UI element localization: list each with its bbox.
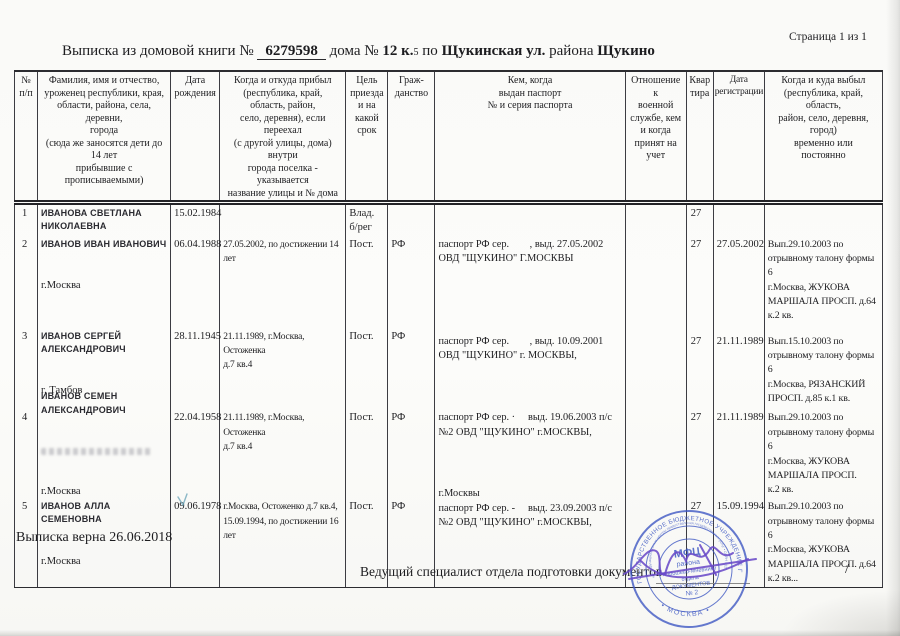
- column-header-num: № п/п: [15, 71, 38, 203]
- slash-mark: /: [845, 562, 849, 578]
- title-doma: дома №: [330, 43, 379, 59]
- column-header-departure: Когда и куда выбыл (республика, край, об…: [764, 71, 882, 203]
- apartment-number: 27: [686, 203, 713, 236]
- birth-date: 15.02.1984: [171, 203, 220, 236]
- birth-date: 06.04.1988: [171, 236, 220, 324]
- table-row: 4 ИВАНОВ СЕМЕН АЛЕКСАНДРОВИЧ г.Москва 22…: [15, 406, 883, 499]
- departure-info: Вып.29.10.2003 по отрывному талону формы…: [764, 406, 882, 499]
- raion-label: района: [549, 43, 593, 59]
- resident-origin: г.Москва: [41, 555, 167, 569]
- column-header-birth: Дата рождения: [171, 71, 220, 203]
- verification-date: Выписка верна 26.06.2018: [16, 530, 172, 546]
- apartment-number: 27: [686, 406, 713, 499]
- military-note: [625, 406, 686, 499]
- arrival-info: г.Москва, Остоженко д.7 кв.4, 15.09.1994…: [220, 499, 346, 587]
- birth-date: 09.06.1978: [171, 499, 220, 587]
- page-title: Выписка из домовой книги № 6279598 дома …: [62, 43, 655, 60]
- scanned-document-page: Страница 1 из 1 Выписка из домовой книги…: [0, 0, 900, 636]
- table-row: 2 ИВАНОВ ИВАН ИВАНОВИЧ г.Москва 06.04.19…: [15, 236, 883, 324]
- resident-name: ИВАНОВ АЛЛА СЕМЕНОВНА: [41, 500, 167, 526]
- departure-info: [764, 203, 882, 236]
- korpus-number: 5: [414, 47, 419, 58]
- registration-date: 27.05.2002: [713, 236, 764, 324]
- passport-info: паспорт РФ сер. , выд. 10.09.2001 ОВД "Щ…: [435, 324, 625, 407]
- arrival-info: 21.11.1989, г.Москва, Остоженка д.7 кв.4: [220, 324, 346, 407]
- resident-origin: г.Москва: [41, 279, 167, 293]
- departure-info: Вып.15.10.2003 по отрывному талону формы…: [764, 324, 882, 407]
- resident-name: ИВАНОВА СВЕТЛАНА НИКОЛАЕВНА: [41, 207, 167, 233]
- row-number: 2: [15, 236, 38, 324]
- citizenship: РФ: [388, 236, 435, 324]
- row-number: 1: [15, 203, 38, 236]
- column-header-name: Фамилия, имя и отчество, уроженец респуб…: [38, 71, 171, 203]
- stamp-icon: ГОСУДАРСТВЕННОЕ БЮДЖЕТНОЕ УЧРЕЖДЕНИЕ ГОР…: [620, 500, 758, 636]
- title-prefix: Выписка из домовой книги №: [62, 43, 254, 59]
- stay-purpose: Пост.: [346, 324, 388, 407]
- house-register-table: № п/п Фамилия, имя и отчество, уроженец …: [14, 70, 883, 588]
- column-header-arrival: Когда и откуда прибыл (республика, край,…: [220, 71, 346, 203]
- citizenship: [388, 203, 435, 236]
- arrival-info: [220, 203, 346, 236]
- row-number: 4: [15, 406, 38, 499]
- column-header-passport: Кем, когда выдан паспорт № и серия паспо…: [435, 71, 625, 203]
- registration-date: 21.11.1989: [713, 324, 764, 407]
- apartment-number: 27: [686, 236, 713, 324]
- military-note: [625, 203, 686, 236]
- passport-info: г.Москвы паспорт РФ сер. - выд. 23.09.20…: [438, 487, 621, 530]
- redacted-text: [41, 448, 153, 455]
- passport-info: паспорт РФ сер. , выд. 27.05.2002 ОВД "Щ…: [435, 236, 625, 324]
- passport-info: паспорт РФ сер. · выд. 19.06.2003 п/с №2…: [435, 406, 625, 499]
- departure-info: Вып.29.10.2003 по отрывному талону формы…: [764, 499, 882, 587]
- stay-purpose: Пост.: [346, 236, 388, 324]
- header-row: № п/п Фамилия, имя и отчество, уроженец …: [15, 71, 883, 203]
- stay-purpose: Влад. б/рег: [346, 203, 388, 236]
- page-indicator: Страница 1 из 1: [789, 31, 867, 43]
- book-number: 6279598: [257, 43, 326, 60]
- citizenship: РФ: [388, 406, 435, 499]
- departure-info: Вып.29.10.2003 по отрывному талону формы…: [764, 236, 882, 324]
- signer-title: Ведущий специалист отдела подготовки док…: [360, 564, 662, 580]
- arrival-info: 27.05.2002, по достижении 14 лет: [220, 236, 346, 324]
- column-header-purpose: Цель приезда и на какой срок: [346, 71, 388, 203]
- stamp-center-number: № 2: [685, 589, 699, 598]
- column-header-apartment: Квар тира: [686, 71, 713, 203]
- citizenship: РФ: [388, 324, 435, 407]
- house-number: 12 к.: [382, 43, 413, 59]
- svg-text:• МОСКВА •: • МОСКВА •: [659, 597, 712, 623]
- birth-date: 28.11.1945: [171, 324, 220, 407]
- official-stamp: ГОСУДАРСТВЕННОЕ БЮДЖЕТНОЕ УЧРЕЖДЕНИЕ ГОР…: [620, 500, 758, 636]
- column-header-military: Отношение к военной службе, кем и когда …: [625, 71, 686, 203]
- raion-name: Щукино: [597, 43, 655, 59]
- resident-name: ИВАНОВ СЕРГЕЙ АЛЕКСАНДРОВИЧ: [41, 330, 167, 356]
- scan-edge-right: [886, 0, 900, 636]
- registration-date: 21.11.1989: [713, 406, 764, 499]
- resident-name: ИВАНОВ ИВАН ИВАНОВИЧ: [41, 238, 167, 251]
- military-note: [625, 236, 686, 324]
- stamp-ring-bottom-text: • МОСКВА •: [659, 597, 712, 623]
- resident-name: ИВАНОВ СЕМЕН АЛЕКСАНДРОВИЧ: [41, 390, 167, 416]
- apartment-number: 27: [686, 324, 713, 407]
- title-po: по: [422, 43, 438, 59]
- birth-date: 22.04.1958: [171, 406, 220, 499]
- column-header-citizenship: Граж- данство: [388, 71, 435, 203]
- column-header-regdate: Дата регистрации: [713, 71, 764, 203]
- arrival-info: 21.11.1989, г.Москва, Остоженка д.7 кв.4: [220, 406, 346, 499]
- military-note: [625, 324, 686, 407]
- passport-info: [435, 203, 625, 236]
- row-number: 3: [15, 324, 38, 407]
- table-row: 1 ИВАНОВА СВЕТЛАНА НИКОЛАЕВНА 15.02.1984…: [15, 203, 883, 236]
- registration-date: [713, 203, 764, 236]
- scan-edge-bottom: [0, 630, 900, 636]
- resident-origin: г.Москва: [41, 485, 167, 499]
- stay-purpose: Пост.: [346, 406, 388, 499]
- street-name: Щукинская ул.: [442, 43, 546, 59]
